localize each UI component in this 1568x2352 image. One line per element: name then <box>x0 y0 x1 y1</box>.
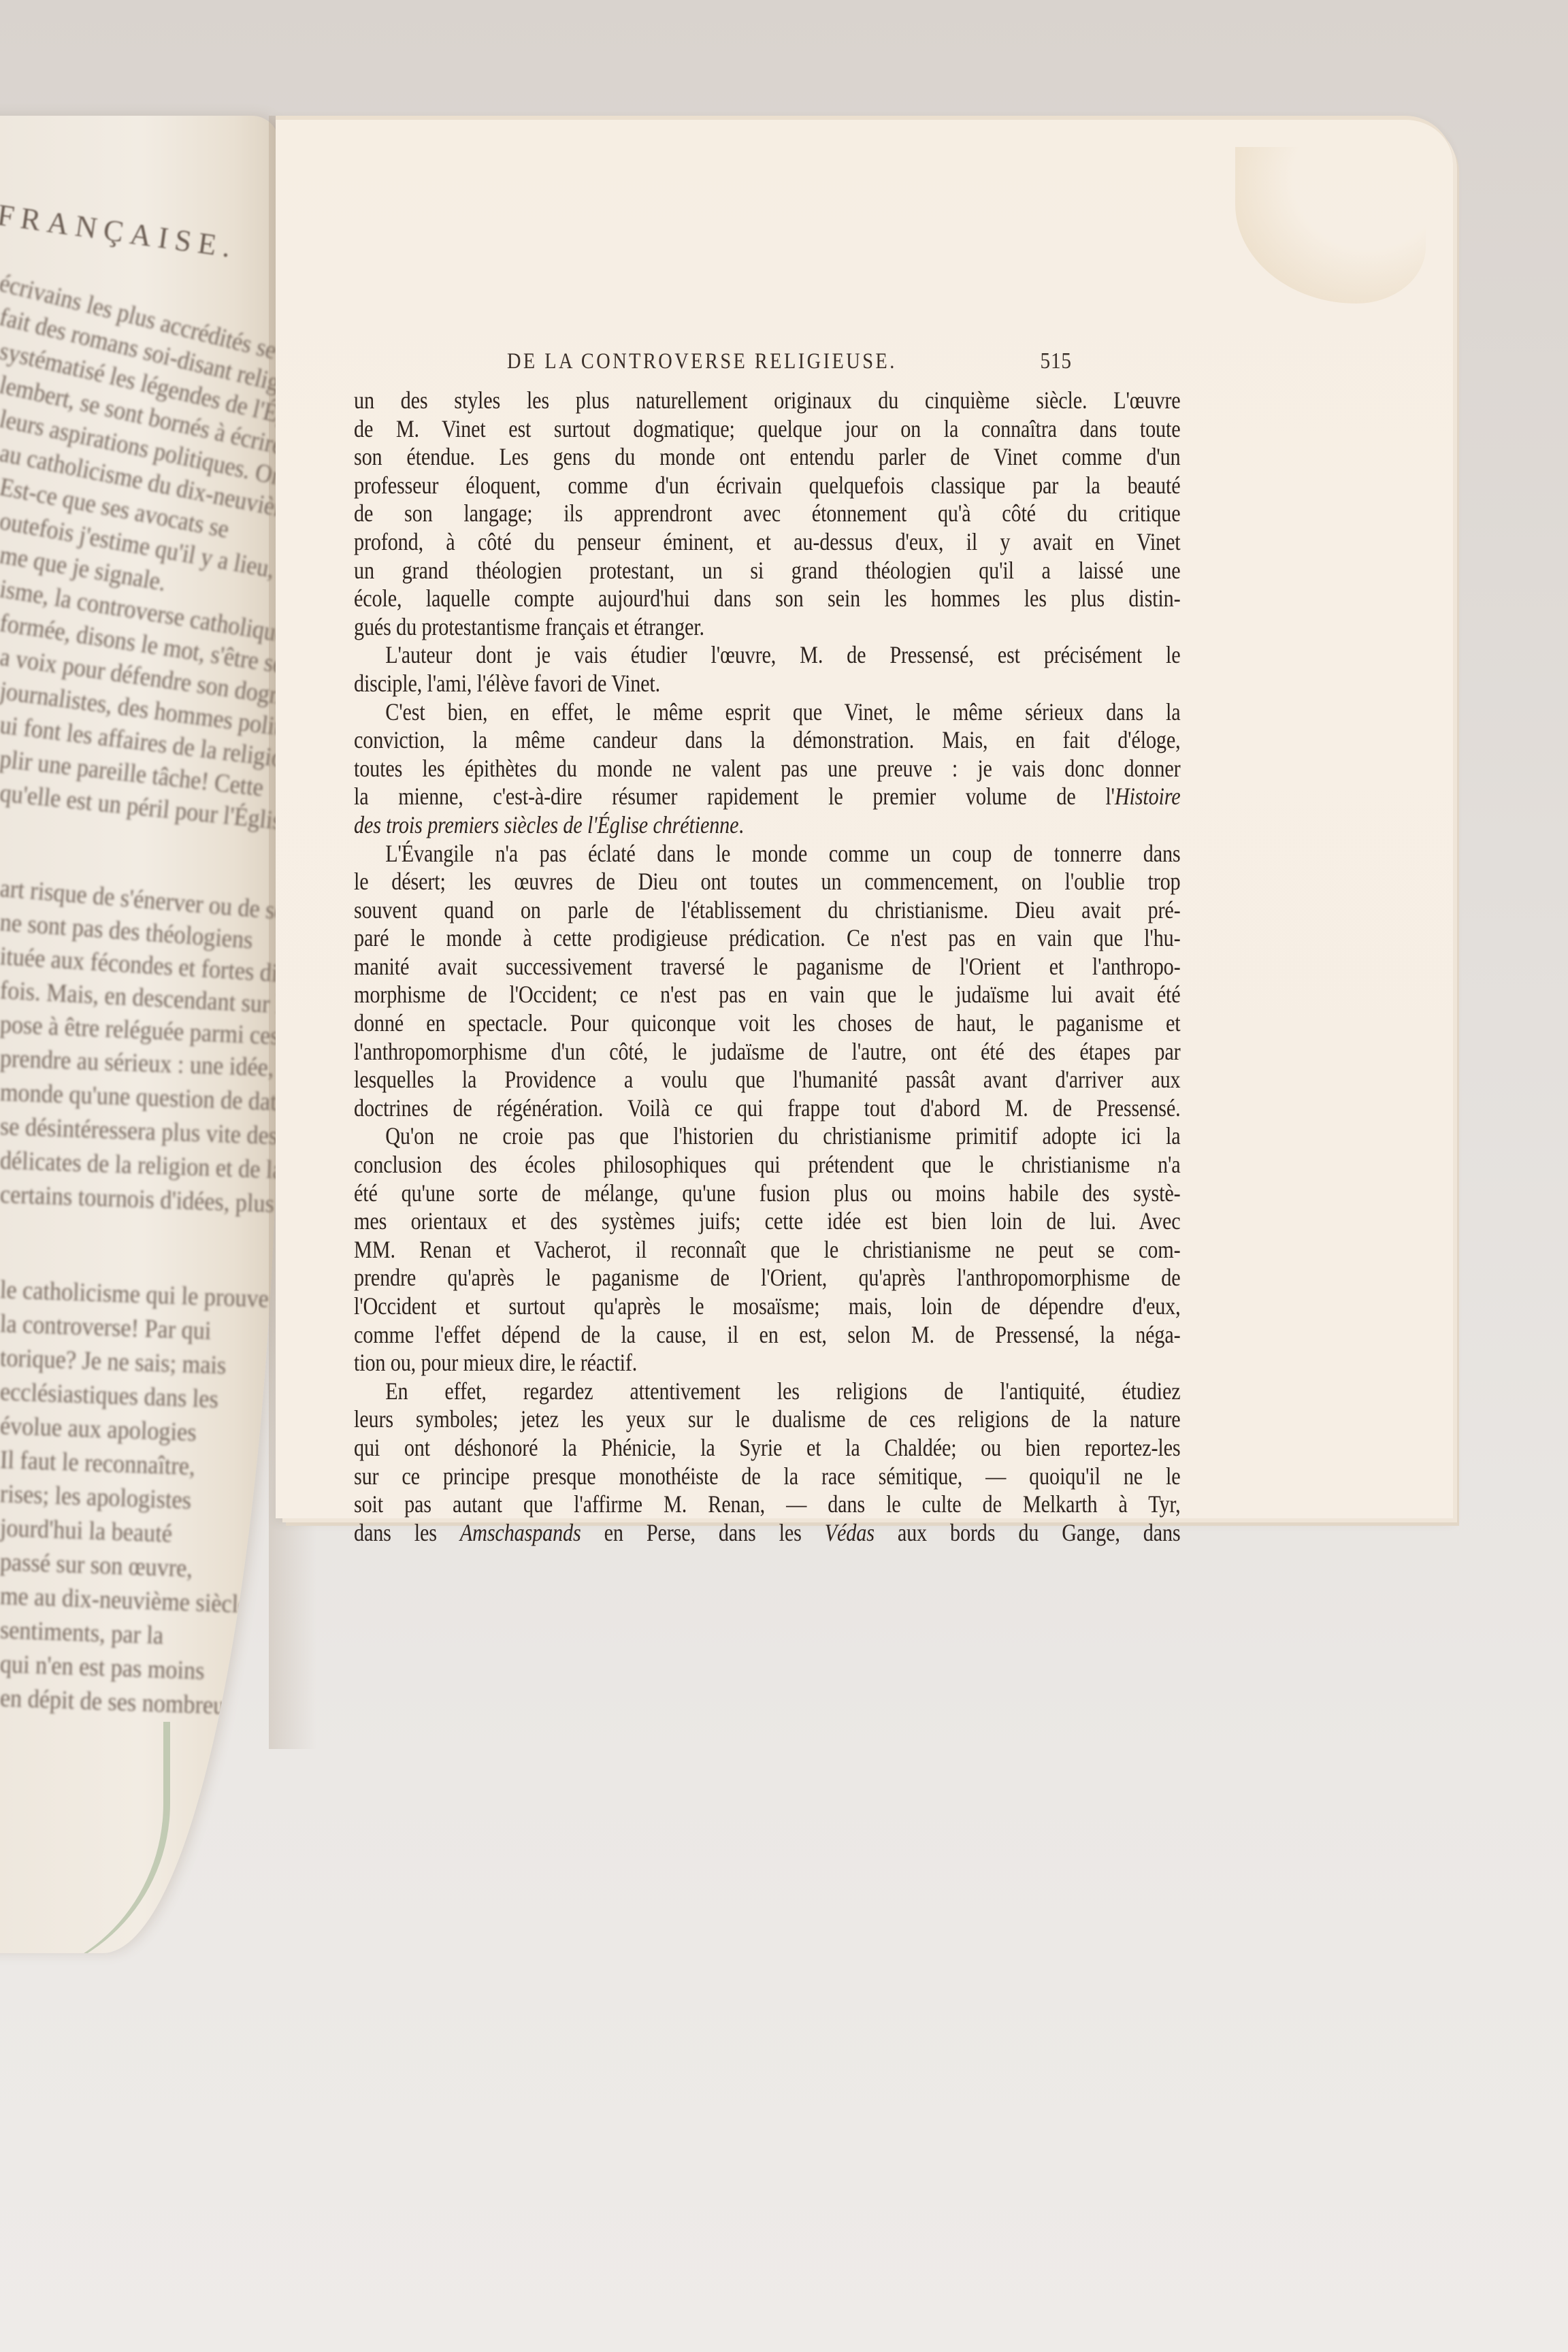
text-line: l'Occident et surtout qu'après le mosaïs… <box>354 1292 1181 1321</box>
text-line: sur ce principe presque monothéiste de l… <box>354 1463 1181 1491</box>
text-line: son étendue. Les gens du monde ont enten… <box>354 443 1181 472</box>
text-line: souvent quand on parle de l'établissemen… <box>354 896 1181 925</box>
text-line: un grand théologien protestant, un si gr… <box>354 557 1181 585</box>
text-line: de M. Vinet est surtout dogmatique; quel… <box>354 415 1181 444</box>
left-running-head: FRANÇAISE. <box>0 197 240 265</box>
text-line: mes orientaux et des systèmes juifs; cet… <box>354 1207 1181 1236</box>
left-page-text: écrivains les plus accrédités se sontfai… <box>0 265 279 1715</box>
text-line: été qu'une sorte de mélange, qu'une fusi… <box>354 1179 1181 1208</box>
text-line: leurs symboles; jetez les yeux sur le du… <box>354 1405 1181 1434</box>
body-text: un des styles les plus naturellement ori… <box>354 387 1181 1547</box>
running-head: DE LA CONTROVERSE RELIGIEUSE. 515 <box>507 348 1072 374</box>
text-line: lesquelles la Providence a voulu que l'h… <box>354 1066 1181 1094</box>
text-line: soit pas autant que l'affirme M. Renan, … <box>354 1490 1181 1519</box>
foxing-stain <box>1235 147 1426 304</box>
book-photo: FRANÇAISE. écrivains les plus accrédités… <box>0 0 1568 2352</box>
text-line: En effet, regardez attentivement les rel… <box>354 1377 1181 1406</box>
text-line: l'anthropomorphisme d'un côté, le judaïs… <box>354 1038 1181 1066</box>
text-line: disciple, l'ami, l'élève favori de Vinet… <box>354 670 1181 698</box>
text-line: dans les Amschaspands en Perse, dans les… <box>354 1519 1181 1548</box>
page-number: 515 <box>1040 348 1071 374</box>
text-line: doctrines de régénération. Voilà ce qui … <box>354 1094 1181 1123</box>
text-line: L'Évangile n'a pas éclaté dans le monde … <box>354 840 1181 868</box>
text-line: la mienne, c'est-à-dire résumer rapideme… <box>354 783 1181 811</box>
text-line: professeur éloquent, comme d'un écrivain… <box>354 472 1181 500</box>
text-line: manité avait successivement traversé le … <box>354 953 1181 981</box>
text-line: qui ont déshonoré la Phénicie, la Syrie … <box>354 1434 1181 1463</box>
text-line: tion ou, pour mieux dire, le réactif. <box>354 1349 1181 1377</box>
text-line: paré le monde à cette prodigieuse prédic… <box>354 924 1181 953</box>
text-line: morphisme de l'Occident; ce n'est pas en… <box>354 981 1181 1009</box>
text-line: donné en spectacle. Pour quiconque voit … <box>354 1009 1181 1038</box>
text-line: un des styles les plus naturellement ori… <box>354 387 1181 415</box>
left-page: FRANÇAISE. écrivains les plus accrédités… <box>0 116 279 1953</box>
text-line: C'est bien, en effet, le même esprit que… <box>354 698 1181 727</box>
text-line: Qu'on ne croie pas que l'historien du ch… <box>354 1122 1181 1151</box>
text-line: MM. Renan et Vacherot, il reconnaît que … <box>354 1236 1181 1264</box>
text-line: conviction, la même candeur dans la démo… <box>354 726 1181 755</box>
text-line: école, laquelle compte aujourd'hui dans … <box>354 585 1181 613</box>
text-line: toutes les épithètes du monde ne valent … <box>354 755 1181 783</box>
text-line: le désert; les œuvres de Dieu ont toutes… <box>354 868 1181 896</box>
page-edge-tint <box>0 1722 170 1953</box>
text-line: de son langage; ils apprendront avec éto… <box>354 500 1181 528</box>
text-line: prendre qu'après le paganisme de l'Orien… <box>354 1264 1181 1292</box>
text-line: des trois premiers siècles de l'Église c… <box>354 811 1181 840</box>
running-title: DE LA CONTROVERSE RELIGIEUSE. <box>507 349 897 374</box>
text-line: conclusion des écoles philosophiques qui… <box>354 1151 1181 1179</box>
text-line: comme l'effet dépend de la cause, il en … <box>354 1321 1181 1350</box>
text-line: L'auteur dont je vais étudier l'œuvre, M… <box>354 641 1181 670</box>
text-line: profond, à côté du penseur éminent, et a… <box>354 528 1181 557</box>
text-line: gués du protestantisme français et étran… <box>354 613 1181 642</box>
